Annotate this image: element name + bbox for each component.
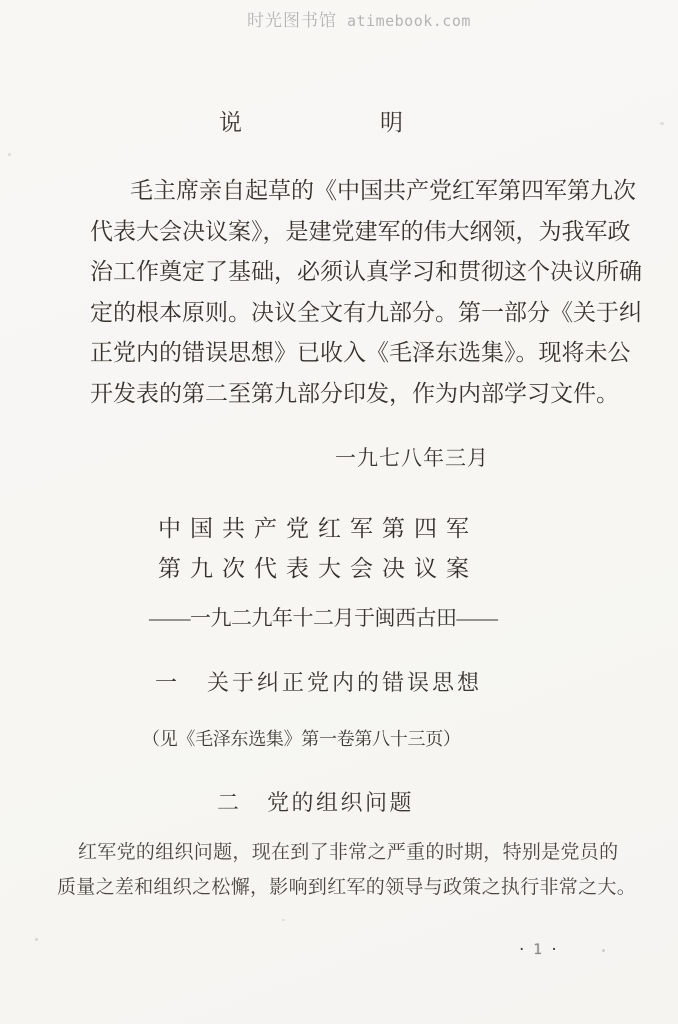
page-number-right-dot: ·: [551, 940, 556, 960]
section-2-heading: 二 党的组织问题: [217, 786, 414, 817]
scan-speck: [282, 919, 285, 921]
document-title-line2: 第九次代表大会决议案: [158, 554, 478, 594]
intro-line: 正党内的错误思想》已收入《毛泽东选集》。现将未公: [90, 338, 600, 379]
scan-speck: [35, 938, 38, 941]
intro-paragraph: 毛主席亲自起草的《中国共产党红军第四军第九次 代表大会决议案》，是建党建军的伟大…: [90, 176, 600, 419]
watermark: 时光图书馆 atimebook.com: [247, 6, 471, 31]
document-subtitle: ——一九二九年十二月于闽西古田——: [149, 602, 498, 632]
page-title: 说 明: [219, 104, 403, 137]
intro-line: 开发表的第二至第九部分印发，作为内部学习文件。: [90, 379, 600, 420]
scanned-document-page: 时光图书馆 atimebook.com 说 明 毛主席亲自起草的《中国共产党红军…: [0, 0, 678, 1024]
scan-speck: [602, 949, 605, 952]
body-line: 红军党的组织问题，现在到了非常之严重的时期，特别是党员的: [57, 840, 622, 875]
body-line: 质量之差和组织之松懈，影响到红军的领导与政策之执行非常之大。: [57, 875, 622, 910]
page-number-left-dot: ·: [519, 940, 524, 960]
page-number: · 1 ·: [519, 940, 557, 960]
page-title-char-left: 说: [219, 104, 242, 137]
watermark-site-url: atimebook.com: [347, 12, 471, 30]
section-1-number: 一: [155, 666, 177, 697]
intro-date: 一九七八年三月: [335, 442, 489, 472]
watermark-site-name: 时光图书馆: [247, 6, 337, 31]
section-1-title: 关于纠正党内的错误思想: [207, 666, 482, 697]
intro-line: 治工作奠定了基础，必须认真学习和贯彻这个决议所确: [90, 257, 600, 298]
intro-line: 定的根本原则。决议全文有九部分。第一部分《关于纠: [90, 298, 600, 339]
section-1-heading: 一 关于纠正党内的错误思想: [155, 666, 482, 697]
page-number-value: 1: [533, 942, 542, 958]
document-title-line1: 中国共产党红军第四军: [158, 514, 478, 554]
section-2-number: 二: [217, 786, 239, 817]
section-1-reference: （见《毛泽东选集》第一卷第八十三页）: [142, 725, 461, 751]
document-title: 中国共产党红军第四军 第九次代表大会决议案: [158, 514, 478, 594]
scan-speck: [8, 153, 11, 156]
intro-line: 毛主席亲自起草的《中国共产党红军第四军第九次: [90, 176, 600, 217]
page-title-char-right: 明: [380, 104, 403, 137]
section-2-paragraph: 红军党的组织问题，现在到了非常之严重的时期，特别是党员的 质量之差和组织之松懈，…: [57, 840, 622, 910]
section-2-title: 党的组织问题: [267, 786, 414, 817]
scan-speck: [660, 122, 664, 125]
intro-line: 代表大会决议案》，是建党建军的伟大纲领，为我军政: [90, 217, 600, 258]
